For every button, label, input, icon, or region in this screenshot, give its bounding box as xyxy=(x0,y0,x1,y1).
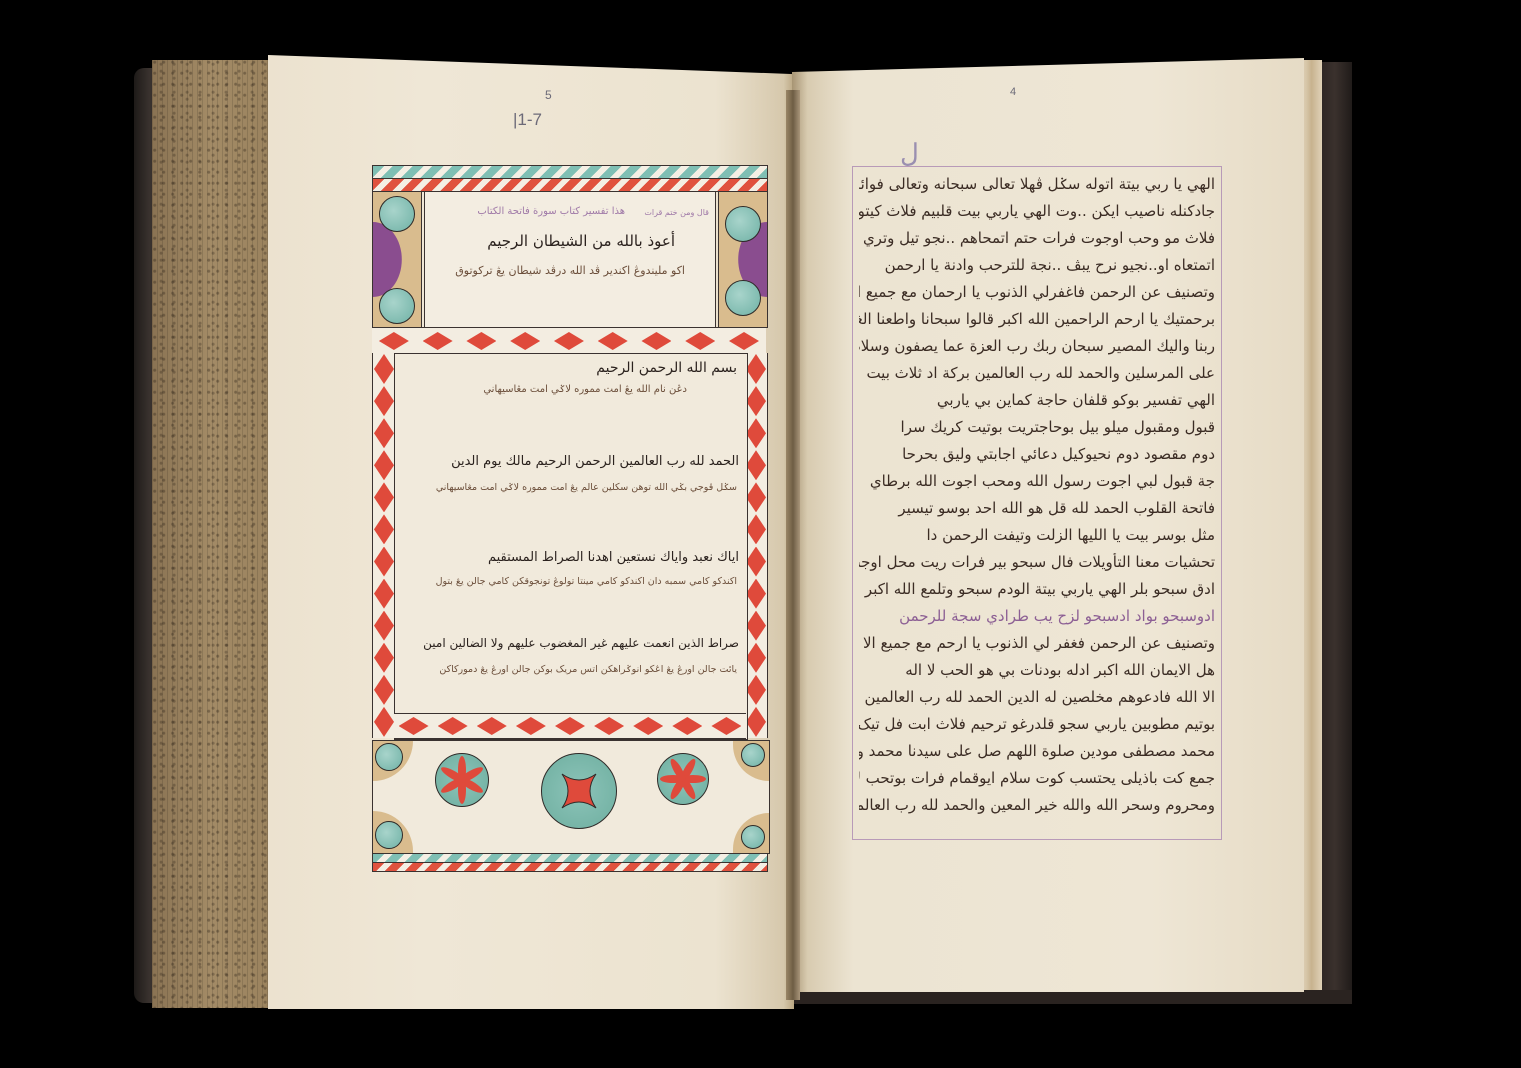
text-line: قبول ومقبول ميلو بيل بوحاجتريت بوتيت كري… xyxy=(859,418,1215,436)
header-main-line: أعوذ بالله من الشيطان الرجيم xyxy=(487,232,675,250)
right-page-text-frame: الهي يا ربي بيتة اتوله سݢل ڤهلا تعالى سب… xyxy=(852,166,1222,840)
illuminated-frame: هذا تفسير كتاب سورة فاتحة الكتاب قال ومن… xyxy=(372,165,768,870)
book-cover-bottom xyxy=(780,990,1352,1004)
translation-line: سݢل ڤوجي بݢي الله توهن سکلين عالم يڠ امت… xyxy=(436,482,737,493)
basmala-line: بسم الله الرحمن الرحيم xyxy=(596,360,737,376)
text-line: ادوسبحو بواد ادسبحو لزح يب طرادي سجة للر… xyxy=(859,607,1215,625)
header-panel: هذا تفسير كتاب سورة فاتحة الكتاب قال ومن… xyxy=(372,191,768,326)
text-line: فاتحة القلوب الحمد لله قل هو الله احد بو… xyxy=(859,499,1215,517)
page-block-edge xyxy=(152,60,270,1008)
text-line: مثل بوسر بيت يا الليها الزلت وتيفت الرحم… xyxy=(859,526,1215,544)
pencil-mark: ل xyxy=(900,138,919,169)
teal-disc xyxy=(725,280,761,316)
header-text-box: هذا تفسير كتاب سورة فاتحة الكتاب قال ومن… xyxy=(424,191,716,328)
top-stripe-red xyxy=(372,178,768,192)
corner-ornament-right xyxy=(718,191,768,328)
text-line: على المرسلين والحمد لله رب العالمين برکة… xyxy=(859,364,1215,382)
diamond-band-bottom xyxy=(394,713,746,739)
teal-disc xyxy=(725,206,761,242)
bottom-stripe-red xyxy=(372,862,768,872)
text-line: ادق سبحو بلر الهي ياربي بيتة الودم سبحو … xyxy=(859,580,1215,598)
pencil-folio-right: 4 xyxy=(1010,86,1016,98)
teal-disc xyxy=(375,821,403,849)
corner-ornament-left xyxy=(372,191,422,328)
text-line: جمع كت باذيلى يحتسب كوت سلام ايوقمام فرا… xyxy=(859,769,1215,787)
purple-arch xyxy=(373,222,421,297)
verse-line: اياك نعبد واياك نستعين اهدنا الصراط المس… xyxy=(488,550,739,565)
text-line: محمد مصطفى مودين صلوة اللهم صل على سيدنا… xyxy=(859,742,1215,760)
top-stripe-teal xyxy=(372,165,768,179)
teal-disc xyxy=(741,743,765,767)
text-line: ربنا واليك المصير سبحان ربك رب العزة عما… xyxy=(859,337,1215,355)
flower-rosette-icon xyxy=(435,753,489,807)
verse-line: صراط الذين انعمت عليهم غير المغضوب عليهم… xyxy=(423,636,739,650)
text-line: جادکنله ناصيب ايکن ..وت الهي ياربي بيت ق… xyxy=(859,202,1215,220)
teal-disc xyxy=(379,196,415,232)
footer-ornament-panel xyxy=(372,740,770,854)
pencil-folio-left: 5 xyxy=(545,88,552,102)
diamond-band-left xyxy=(372,353,396,738)
text-line: هل الايمان الله اكبر ادله بودنات بي هو ا… xyxy=(859,661,1215,679)
book-cover-right xyxy=(1318,62,1352,1002)
header-small-line: هذا تفسير كتاب سورة فاتحة الكتاب xyxy=(477,206,625,217)
text-line: وتصنيف عن الرحمن فاغفرلي الذنوب يا ارحما… xyxy=(859,283,1215,301)
text-line: دوم مقصود دوم نحيوكيل دعائي اجابتي وليق … xyxy=(859,445,1215,463)
text-line: الهي يا ربي بيتة اتوله سݢل ڤهلا تعالى سب… xyxy=(859,175,1215,193)
text-line: الهي تفسير بوكو قلفان حاجة كماين بي يارب… xyxy=(859,391,1215,409)
verse-line: الحمد لله رب العالمين الرحمن الرحيم مالك… xyxy=(451,454,739,469)
text-line: فلاث مو وحب اوجوت فرات حتم اتمحاهم ..نجو… xyxy=(859,229,1215,247)
fatihah-text-box: بسم الله الرحمن الرحيم دڠن نام الله يڠ ا… xyxy=(394,353,748,740)
text-line: جة قبول لبي اجوت رسول الله ومحب اجوت الل… xyxy=(859,472,1215,490)
text-line: الا الله فادعوهم مخلصين له الدين الحمد ل… xyxy=(859,688,1215,706)
pencil-note: |1-7 xyxy=(513,110,542,130)
teal-disc xyxy=(375,743,403,771)
text-line: ومحروم وسحر الله والله خير المعين والحمد… xyxy=(859,796,1215,814)
header-side-note: قال ومن ختم قرات xyxy=(644,208,709,217)
book-gutter xyxy=(786,90,800,1000)
translation-line: يائت جالن اورڠ يڠ اڠکو انوݢراهکن اتس مري… xyxy=(439,664,737,675)
text-line: اتمتعاه او..نجيو نرح يبڤ ..نجة للترحب وا… xyxy=(859,256,1215,274)
translation-line: اکندکو کامي سمبه دان اکندکو کامي مينتا ت… xyxy=(436,576,737,587)
flower-rosette-icon xyxy=(657,753,709,805)
teal-disc xyxy=(741,825,765,849)
header-translation: اكو مليندوڠ اكندير ڤد الله درڤد شيطان يڠ… xyxy=(455,264,685,277)
teal-disc xyxy=(379,288,415,324)
text-line: تحشيات معنا التأويلات فال سبحو بير فرات … xyxy=(859,553,1215,571)
text-line: وتصنيف عن الرحمن فغفر لي الذنوب يا ارحم … xyxy=(859,634,1215,652)
diamond-band-top xyxy=(372,327,766,355)
text-line: برحمتيك يا ارحم الراحمين الله اكبر قالوا… xyxy=(859,310,1215,328)
text-line: بوتيم مطوبين ياربي سجو قلدرغو ترحيم فلاث… xyxy=(859,715,1215,733)
translation-line: دڠن نام الله يڠ امت مموره لاݢي امت مڠاسي… xyxy=(483,384,687,395)
star-rosette-icon xyxy=(541,753,617,829)
